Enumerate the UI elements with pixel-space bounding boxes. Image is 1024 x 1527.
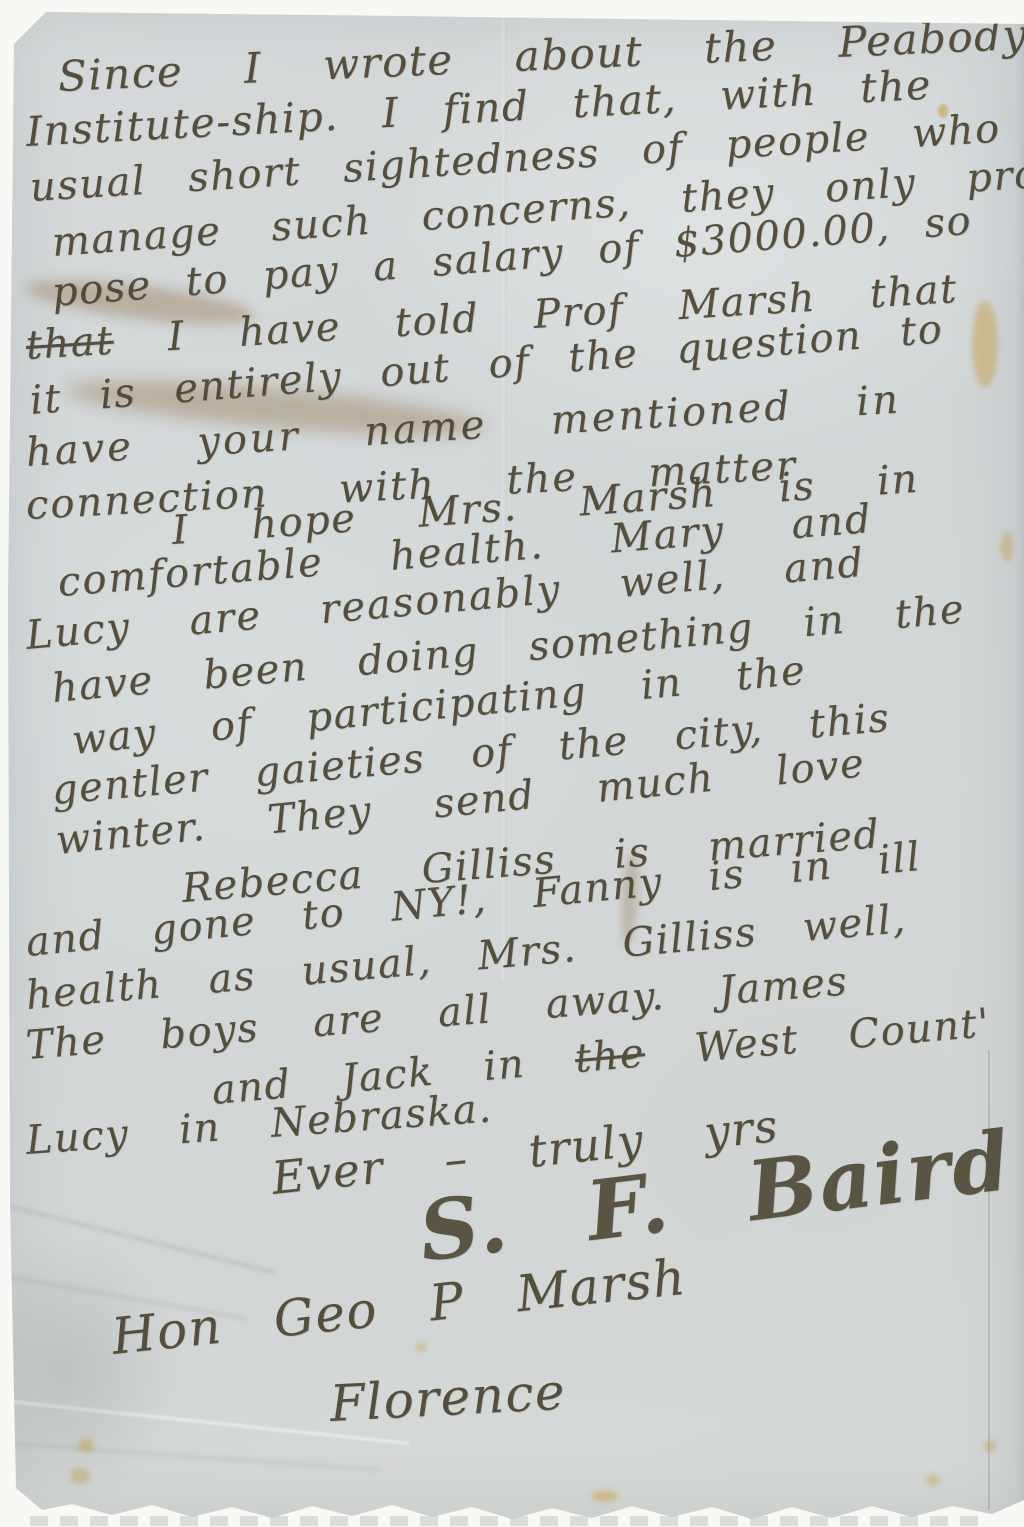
struck-word: the bbox=[573, 1030, 647, 1082]
letter-page: Since I wrote about the PeabodyInstitute… bbox=[0, 0, 1024, 1527]
struck-word: that bbox=[25, 318, 115, 369]
line-text: Florence bbox=[328, 1363, 567, 1433]
scan-background: { "colors": { "scan-bg": "#f8f8f5", "pap… bbox=[0, 0, 1024, 1527]
place-line: Florence bbox=[328, 1363, 567, 1433]
line-text: Hon Geo P Marsh bbox=[109, 1248, 689, 1366]
torn-edge-strip bbox=[30, 1516, 980, 1526]
addressee-line: Hon Geo P Marsh bbox=[109, 1248, 689, 1366]
letter-body: Since I wrote about the PeabodyInstitute… bbox=[0, 0, 1024, 1527]
